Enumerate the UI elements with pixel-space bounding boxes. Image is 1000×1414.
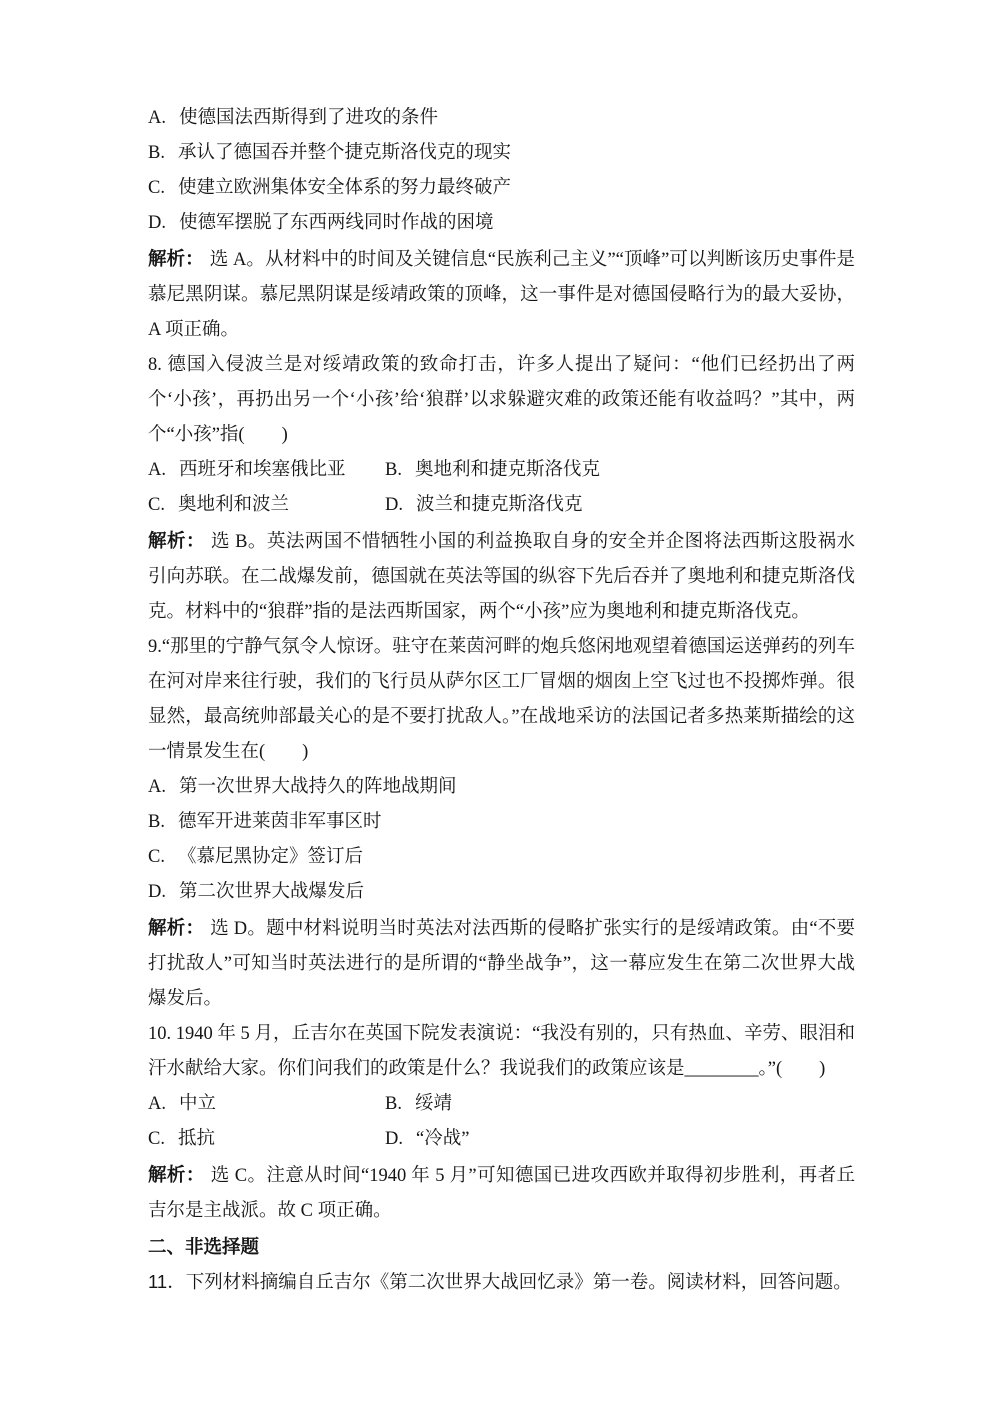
question-7-option-b: B.承认了德国吞并整个捷克斯洛伐克的现实	[148, 136, 855, 171]
question-8-option-c: C.奥地利和波兰	[148, 488, 385, 523]
option-text: 第一次世界大战持久的阵地战期间	[179, 777, 457, 797]
question-8-options-row-1: A.西班牙和埃塞俄比亚 B.奥地利和捷克斯洛伐克	[148, 453, 855, 488]
option-text: 使德军摆脱了东西两线同时作战的困境	[179, 213, 494, 233]
question-8-analysis: 解析：选 B。英法两国不惜牺牲小国的利益换取自身的安全并企图将法西斯这股祸水引向…	[148, 523, 855, 630]
option-text: 《慕尼黑协定》签订后	[178, 847, 363, 867]
analysis-label: 解析：	[148, 248, 204, 269]
question-9-option-c: C.《慕尼黑协定》签订后	[148, 840, 855, 875]
option-text: 第二次世界大战爆发后	[179, 882, 364, 902]
question-10-analysis: 解析：选 C。注意从时间“1940 年 5 月”可知德国已进攻西欧并取得初步胜利…	[148, 1157, 855, 1229]
option-letter: A.	[148, 101, 166, 136]
option-text: 奥地利和捷克斯洛伐克	[415, 460, 600, 480]
option-text: 德军开进莱茵非军事区时	[178, 812, 382, 832]
option-letter: B.	[385, 453, 402, 488]
analysis-text: 选 A。从材料中的时间及关键信息“民族利己主义”“顶峰”可以判断该历史事件是慕尼…	[148, 250, 855, 340]
analysis-label: 解析：	[148, 917, 204, 938]
question-10-option-c: C.抵抗	[148, 1122, 385, 1157]
document-page: A.使德国法西斯得到了进攻的条件 B.承认了德国吞并整个捷克斯洛伐克的现实 C.…	[0, 0, 1000, 1414]
option-letter: B.	[148, 805, 165, 840]
option-letter: B.	[148, 136, 165, 171]
option-text: 绥靖	[415, 1094, 452, 1114]
question-8-stem: 8. 德国入侵波兰是对绥靖政策的致命打击，许多人提出了疑问：“他们已经扔出了两个…	[148, 348, 855, 453]
option-letter: C.	[148, 488, 165, 523]
analysis-text: 选 C。注意从时间“1940 年 5 月”可知德国已进攻西欧并取得初步胜利，再者…	[148, 1166, 855, 1221]
question-10-option-a: A.中立	[148, 1087, 385, 1122]
option-text: 承认了德国吞并整个捷克斯洛伐克的现实	[178, 143, 511, 163]
question-11-intro: 11．下列材料摘编自丘吉尔《第二次世界大战回忆录》第一卷。阅读材料，回答问题。	[148, 1264, 855, 1299]
question-10-option-b: B.绥靖	[385, 1087, 452, 1122]
option-letter: A.	[148, 453, 166, 488]
option-text: 使德国法西斯得到了进攻的条件	[179, 108, 438, 128]
option-text: 波兰和捷克斯洛伐克	[416, 495, 583, 515]
option-text: 中立	[179, 1094, 216, 1114]
option-letter: D.	[148, 875, 166, 910]
analysis-text: 选 D。题中材料说明当时英法对法西斯的侵略扩张实行的是绥靖政策。由“不要打扰敌人…	[148, 919, 855, 1009]
question-8-option-b: B.奥地利和捷克斯洛伐克	[385, 453, 600, 488]
question-7-option-c: C.使建立欧洲集体安全体系的努力最终破产	[148, 171, 855, 206]
question-7-option-a: A.使德国法西斯得到了进攻的条件	[148, 101, 855, 136]
option-text: 抵抗	[178, 1129, 215, 1149]
analysis-label: 解析：	[148, 530, 205, 551]
analysis-label: 解析：	[148, 1164, 205, 1185]
option-text: 奥地利和波兰	[178, 495, 289, 515]
option-text: “冷战”	[416, 1129, 469, 1149]
question-8-options-row-2: C.奥地利和波兰 D.波兰和捷克斯洛伐克	[148, 488, 855, 523]
option-letter: C.	[148, 840, 165, 875]
question-7-analysis: 解析：选 A。从材料中的时间及关键信息“民族利己主义”“顶峰”可以判断该历史事件…	[148, 241, 855, 348]
option-text: 使建立欧洲集体安全体系的努力最终破产	[178, 178, 511, 198]
question-9-analysis: 解析：选 D。题中材料说明当时英法对法西斯的侵略扩张实行的是绥靖政策。由“不要打…	[148, 910, 855, 1017]
question-10-option-d: D.“冷战”	[385, 1122, 469, 1157]
question-10-options-row-2: C.抵抗 D.“冷战”	[148, 1122, 855, 1157]
question-7-option-d: D.使德军摆脱了东西两线同时作战的困境	[148, 206, 855, 241]
option-letter: C.	[148, 1122, 165, 1157]
question-9-stem: 9.“那里的宁静气氛令人惊讶。驻守在莱茵河畔的炮兵悠闲地观望着德国运送弹药的列车…	[148, 630, 855, 770]
option-letter: A.	[148, 1087, 166, 1122]
document-content: A.使德国法西斯得到了进攻的条件 B.承认了德国吞并整个捷克斯洛伐克的现实 C.…	[148, 101, 855, 1299]
option-letter: D.	[148, 206, 166, 241]
option-letter: D.	[385, 1122, 403, 1157]
section-2-header: 二、非选择题	[148, 1229, 855, 1264]
analysis-text: 选 B。英法两国不惜牺牲小国的利益换取自身的安全并企图将法西斯这股祸水引向苏联。…	[148, 532, 855, 622]
question-10-stem: 10. 1940 年 5 月，丘吉尔在英国下院发表演说：“我没有别的，只有热血、…	[148, 1017, 855, 1087]
question-9-option-a: A.第一次世界大战持久的阵地战期间	[148, 770, 855, 805]
option-text: 西班牙和埃塞俄比亚	[179, 460, 346, 480]
question-8-option-d: D.波兰和捷克斯洛伐克	[385, 488, 583, 523]
question-8-option-a: A.西班牙和埃塞俄比亚	[148, 453, 385, 488]
question-9-option-d: D.第二次世界大战爆发后	[148, 875, 855, 910]
option-letter: C.	[148, 171, 165, 206]
question-9-option-b: B.德军开进莱茵非军事区时	[148, 805, 855, 840]
question-10-options-row-1: A.中立 B.绥靖	[148, 1087, 855, 1122]
option-letter: B.	[385, 1087, 402, 1122]
option-letter: D.	[385, 488, 403, 523]
option-letter: A.	[148, 770, 166, 805]
